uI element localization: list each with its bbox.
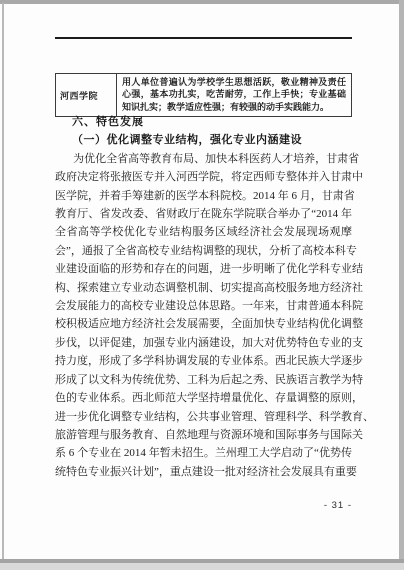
employer-feedback-table: 河西学院 用人单位普遍认为学校学生思想活跃，敬业精神及责任心强，基本功扎实，吃苦… bbox=[55, 73, 352, 117]
body-line: 校积极适应地方经济社会发展需要，全面加快专业结构优化调整 bbox=[55, 315, 352, 333]
body-line: 为优化全省高等教育布局、加快本科医药人才培养，甘肃省 bbox=[55, 150, 352, 168]
section-heading: 六、特色发展 bbox=[55, 113, 352, 131]
body-line: 持力度，形成了多学科协调发展的专业体系。西北民族大学逐步 bbox=[55, 352, 352, 370]
body-line: 色的专业体系。西北师范大学坚持增量优化、存量调整的原则， bbox=[55, 389, 352, 407]
body-line: 政府决定将张掖医专并入河西学院，将定西师专整体并入甘肃中 bbox=[55, 168, 352, 186]
section-subheading: （一）优化调整专业结构，强化专业内涵建设 bbox=[55, 131, 352, 149]
body-line: 进一步优化调整专业结构，公共事业管理、管理科学、科学教育、 bbox=[55, 408, 352, 426]
body-line: 业建设面临的形势和存在的问题，进一步明晰了优化学科专业结 bbox=[55, 260, 352, 278]
body-line: 医学院，并着手筹建新的医学本科院校。2014 年 6 月，甘肃省 bbox=[55, 187, 352, 205]
body-line: 构、探索建立专业动态调整机制、切实提高高校服务地方经济社 bbox=[55, 279, 352, 297]
body-line: 旅游管理与服务教育、自然地理与资源环境和国际事务与国际关 bbox=[55, 426, 352, 444]
body-line: 会发展能力的高校专业建设总体思路。一年来，甘肃普通本科院 bbox=[55, 297, 352, 315]
body-line: 系 6 个专业在 2014 年暂未招生。兰州理工大学启动了“优势传 bbox=[55, 444, 352, 462]
body-line: 教育厅、省发改委、省财政厅在陇东学院联合举办了“2014 年 bbox=[55, 205, 352, 223]
body-line: 会”，通报了全省高校专业结构调整的现状，分析了高校本科专 bbox=[55, 242, 352, 260]
page-number: - 31 - bbox=[55, 500, 352, 511]
scan-edge-left bbox=[2, 3, 4, 563]
scan-edge-right bbox=[399, 0, 404, 564]
body-line: 统特色专业振兴计划”，重点建设一批对经济社会发展具有重要 bbox=[55, 463, 352, 481]
table-cell-college-name: 河西学院 bbox=[56, 74, 117, 116]
section-content: 六、特色发展 （一）优化调整专业结构，强化专业内涵建设 为优化全省高等教育布局、… bbox=[55, 113, 352, 481]
scan-edge-top bbox=[0, 0, 404, 4]
body-line: 步伐，以评促建，加强专业内涵建设，加大对优势特色专业的支 bbox=[55, 334, 352, 352]
document-page: 河西学院 用人单位普遍认为学校学生思想活跃，敬业精神及责任心强，基本功扎实，吃苦… bbox=[0, 0, 404, 570]
body-paragraph: 为优化全省高等教育布局、加快本科医药人才培养，甘肃省政府决定将张掖医专并入河西学… bbox=[55, 150, 352, 481]
table-cell-employer-evaluation: 用人单位普遍认为学校学生思想活跃，敬业精神及责任心强，基本功扎实，吃苦耐劳，工作… bbox=[117, 74, 351, 116]
body-line: 形成了以文科为传统优势、工科为后起之秀、民族语言教学为特 bbox=[55, 371, 352, 389]
scan-edge-bottom-shadow bbox=[0, 563, 404, 570]
header-rule bbox=[55, 37, 352, 39]
body-line: 全省高等学校优化专业结构服务区域经济社会发展现场观摩 bbox=[55, 223, 352, 241]
